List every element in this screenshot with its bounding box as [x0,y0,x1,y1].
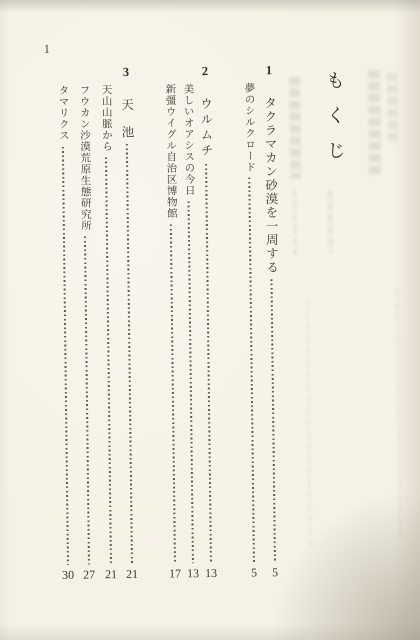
bleed-through-ghost [306,299,312,551]
toc-page-number: 13 [205,566,217,580]
toc-entry-text: 美しいオアシスの今日 [182,83,194,196]
dotted-leader [84,236,90,564]
toc-entry-text: 新彊ウイグル自治区博物館 [164,83,176,219]
toc-page-number: 13 [187,566,199,580]
bleed-through-ghost [396,290,402,538]
bleed-through-ghost [289,77,301,179]
toc-title: もくじ [324,70,344,175]
toc-page-number: 21 [105,567,117,581]
toc-entry-text: タクラマカン砂漠を一周する [263,96,278,274]
toc-page-number: 27 [83,567,95,581]
toc-entry-text: 天山山脈から [100,84,111,152]
dotted-leader [126,144,133,564]
toc-page-number: 5 [251,565,257,579]
dotted-leader [170,224,176,563]
dotted-leader [248,178,255,563]
bleed-through-ghost [387,73,398,145]
page-folio-number: 1 [44,42,50,57]
bleed-through-ghost [327,190,333,252]
printed-content: 1 もくじ 1 タクラマカン砂漠を一周する 5 夢のシルクロード 5 2 ウルム… [0,0,420,640]
toc-entry-text: ウルムチ [199,97,212,159]
bleed-through-ghost [368,70,381,176]
toc-entry-text: フウカン沙漠荒原生態研究所 [78,84,90,231]
scanned-book-page: 1 もくじ 1 タクラマカン砂漠を一周する 5 夢のシルクロード 5 2 ウルム… [0,0,420,640]
dotted-leader [105,157,112,564]
chapter-number: 1 [266,63,272,77]
toc-page-number: 21 [126,567,138,581]
bleed-through-ghost [292,189,297,255]
toc-entry-text: 天 池 [120,98,133,139]
chapter-number: 3 [123,65,129,79]
toc-page-number: 17 [169,566,181,580]
dotted-leader [271,279,276,562]
dotted-leader [205,164,212,563]
toc-page-number: 5 [272,565,278,579]
dotted-leader [62,146,69,564]
dotted-leader [188,201,194,563]
toc-page-number: 30 [62,568,74,582]
toc-entry-text: タマリクス [57,85,68,142]
toc-entry-text: 夢のシルクロード [243,82,255,173]
chapter-number: 2 [202,64,208,78]
